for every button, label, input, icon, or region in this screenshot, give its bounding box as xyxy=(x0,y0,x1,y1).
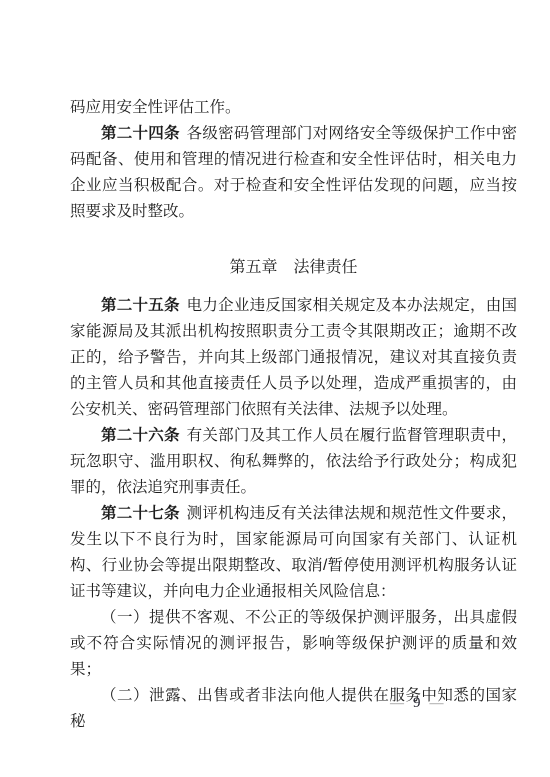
article-25-number: 第二十五条 xyxy=(101,297,180,314)
list-item-2: （二）泄露、出售或者非法向他人提供在服务中知悉的国家秘 xyxy=(70,683,517,735)
paragraph-article-27: 第二十七条测评机构违反有关法律法规和规范性文件要求，发生以下不良行为时，国家能源… xyxy=(70,501,517,605)
page-number-dash-left: — xyxy=(390,696,404,712)
page-number-dash-right: — xyxy=(430,696,444,712)
paragraph-article-26: 第二十六条有关部门及其工作人员在履行监督管理职责中，玩忽职守、滥用职权、徇私舞弊… xyxy=(70,423,517,501)
page-number-value: 9 xyxy=(413,695,421,712)
article-27-number: 第二十七条 xyxy=(101,505,180,522)
chapter-heading: 第五章 法律责任 xyxy=(70,255,517,281)
paragraph-continuation: 码应用安全性评估工作。 xyxy=(70,95,517,121)
list-item-1: （一）提供不客观、不公正的等级保护测评服务，出具虚假或不符合实际情况的测评报告，… xyxy=(70,605,517,683)
article-25-text: 电力企业违反国家相关规定及本办法规定，由国家能源局及其派出机构按照职责分工责令其… xyxy=(70,297,517,418)
article-26-number: 第二十六条 xyxy=(101,427,180,444)
paragraph-article-25: 第二十五条电力企业违反国家相关规定及本办法规定，由国家能源局及其派出机构按照职责… xyxy=(70,293,517,423)
document-page: 码应用安全性评估工作。 第二十四条各级密码管理部门对网络安全等级保护工作中密码配… xyxy=(0,0,550,777)
paragraph-article-24: 第二十四条各级密码管理部门对网络安全等级保护工作中密码配备、使用和管理的情况进行… xyxy=(70,121,517,225)
document-body: 码应用安全性评估工作。 第二十四条各级密码管理部门对网络安全等级保护工作中密码配… xyxy=(70,95,517,735)
page-number: — 9 — xyxy=(390,695,444,712)
article-24-number: 第二十四条 xyxy=(101,125,180,142)
